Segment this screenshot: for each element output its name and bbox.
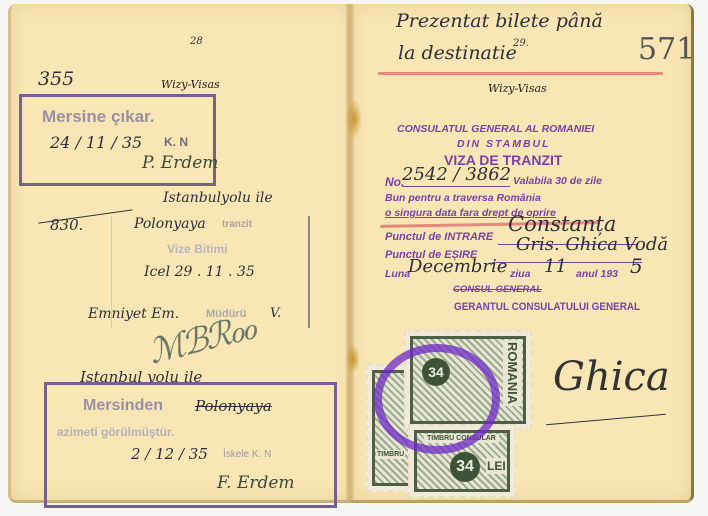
top-number: 355 (38, 68, 74, 90)
stain (346, 344, 360, 374)
visa-header-left: Wizy-Visas (161, 78, 220, 91)
handwritten-note-line1: Prezentat bilete până (396, 10, 603, 32)
book-gutter (346, 4, 354, 500)
round-consulate-seal (374, 344, 500, 454)
handwritten-note-line2: la destinatie (398, 42, 517, 64)
stain (346, 99, 362, 139)
emniyet-line: Emniyet Em. (88, 306, 179, 322)
pencil-number: 571 (638, 32, 695, 67)
visa-header-right: Wizy-Visas (488, 82, 547, 95)
red-underline (378, 72, 663, 75)
note-istanbul: Istanbulyolu ile (163, 190, 273, 206)
page-number-left: 28 (190, 36, 203, 47)
passport-spread: 28 355 Wizy-Visas Mersine çıkar. 24 / 11… (8, 4, 694, 504)
number-830: 830. (50, 216, 83, 234)
exit-stamp-mersin: Mersine çıkar. 24 / 11 / 35 K. N P. Erde… (19, 94, 216, 186)
consul-signature: Ghica (553, 354, 670, 400)
exit-stamp-mersinden: Mersinden Polonyaya azimeti görülmüştür.… (44, 382, 337, 508)
